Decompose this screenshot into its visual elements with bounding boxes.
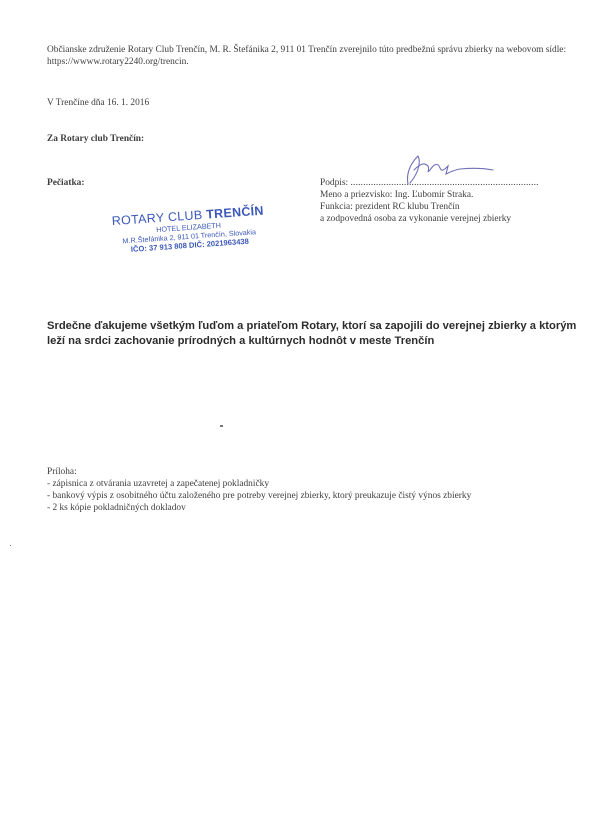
function-line: Funkcia: prezident RC klubu Trenčín <box>320 201 539 213</box>
signature-dots: ........................................… <box>350 178 538 188</box>
attachment-item: - zápisnica z otvárania uzavretej a zape… <box>47 478 567 490</box>
signature-label: Podpis: <box>320 178 348 188</box>
attachment-item: - 2 ks kópie pokladničných dokladov <box>47 502 567 514</box>
scan-speck <box>220 425 223 427</box>
date-line: V Trenčíne dňa 16. 1. 2016 <box>47 97 149 109</box>
for-club-heading: Za Rotary club Trenčín: <box>47 133 144 145</box>
signature-block: Podpis: ................................… <box>320 177 539 225</box>
attachments-section: Príloha: - zápisnica z otvárania uzavret… <box>47 466 567 514</box>
thanks-paragraph: Srdečne ďakujeme všetkým ľuďom a priateľ… <box>47 319 577 349</box>
intro-paragraph: Občianske združenie Rotary Club Trenčín,… <box>47 44 567 68</box>
role-line: a zodpovedná osoba za vykonanie verejnej… <box>320 213 539 225</box>
name-line: Meno a priezvisko: Ing. Ľubomír Straka. <box>320 189 539 201</box>
attachments-heading: Príloha: <box>47 466 567 478</box>
attachment-item: - bankový výpis z osobitného účtu založe… <box>47 490 567 502</box>
signature-line: Podpis: ................................… <box>320 177 539 189</box>
stamp-label: Pečiatka: <box>47 177 85 189</box>
club-stamp: ROTARY CLUB TRENČÍN HOTEL ELIZABETH M.R.… <box>100 203 277 256</box>
scan-speck <box>10 545 11 546</box>
